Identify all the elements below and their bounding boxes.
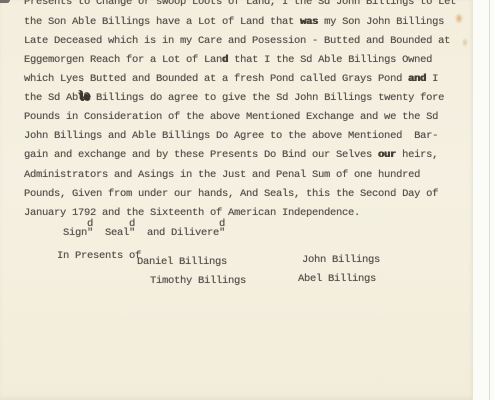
overstruck-text: was <box>300 16 318 28</box>
witness-signature-2: Timothy Billings <box>150 275 246 287</box>
body-line-8: John Billings and Able Billings Do Agree… <box>24 130 438 142</box>
body-line-11: Pounds, Given from under our hands, And … <box>24 188 438 200</box>
witness-heading: In Presents of <box>57 250 141 262</box>
text-segment: gain and exchange and by these Presents … <box>24 149 378 161</box>
text-segment: my Son John Billings <box>318 16 444 28</box>
body-line-6: the Sd Able Billings do agree to give th… <box>24 92 444 104</box>
text-segment: the Son Able Billings have a Lot of Land… <box>24 16 300 28</box>
overstruck-text: our <box>378 149 396 161</box>
text-segment: Sign" Seal" and Dilivere" <box>63 227 225 239</box>
text-segment: the Sd Ab <box>24 92 78 104</box>
body-line-2: the Son Able Billings have a Lot of Land… <box>24 16 444 28</box>
body-line-10: Administrators and Asings in the Just an… <box>24 169 420 181</box>
text-segment: heirs, <box>396 149 438 161</box>
text-segment: I <box>426 73 438 85</box>
body-line-9: gain and exchange and by these Presents … <box>24 149 438 161</box>
body-line-5: which Lyes Butted and Bounded at a fresh… <box>24 73 438 85</box>
text-segment: Presents to Change or swoop Loots of Lan… <box>24 0 456 8</box>
text-segment: John Billings <box>302 254 380 266</box>
overstruck-text: le <box>78 92 90 104</box>
witness-signature-1: Daniel Billings <box>137 256 227 268</box>
text-segment: Pounds in Consideration of the above Men… <box>24 111 438 123</box>
text-segment: John Billings and Able Billings Do Agree… <box>24 130 438 142</box>
signer-signature-2: Abel Billings <box>298 273 376 285</box>
text-segment: Daniel Billings <box>137 256 227 268</box>
text-segment: Timothy Billings <box>150 275 246 287</box>
body-line-3: Late Deceased which is in my Care and Po… <box>24 35 450 47</box>
scanned-document-page: Presents to Change or swoop Loots of Lan… <box>0 0 495 400</box>
text-segment: Abel Billings <box>298 273 376 285</box>
text-segment: which Lyes Butted and Bounded at a fresh… <box>24 73 408 85</box>
text-segment: Billings do agree to give the Sd John Bi… <box>90 92 444 104</box>
text-segment: Pounds, Given from under our hands, And … <box>24 188 438 200</box>
paper-edge-shadow <box>489 0 490 400</box>
text-segment: Eggemorgen Reach for a Lot of Lan <box>24 54 222 66</box>
text-segment: Administrators and Asings in the Just an… <box>24 169 420 181</box>
signer-signature-1: John Billings <box>302 254 380 266</box>
sign-seal-deliver-line: Sign" Seal" and Dilivere" <box>63 227 225 239</box>
body-line-1: Presents to Change or swoop Loots of Lan… <box>24 0 456 8</box>
body-line-7: Pounds in Consideration of the above Men… <box>24 111 438 123</box>
body-line-4: Eggemorgen Reach for a Lot of Land that … <box>24 54 432 66</box>
overstruck-text: and <box>408 73 426 85</box>
text-segment: that I the Sd Able Billings Owned <box>228 54 432 66</box>
text-segment: Late Deceased which is in my Care and Po… <box>24 35 450 47</box>
corner-mark-artifact <box>0 0 10 3</box>
foxing-stain-2 <box>462 38 468 47</box>
foxing-stain-1 <box>455 13 463 24</box>
paper-sheet: Presents to Change or swoop Loots of Lan… <box>0 0 473 400</box>
text-segment: In Presents of <box>57 250 141 262</box>
